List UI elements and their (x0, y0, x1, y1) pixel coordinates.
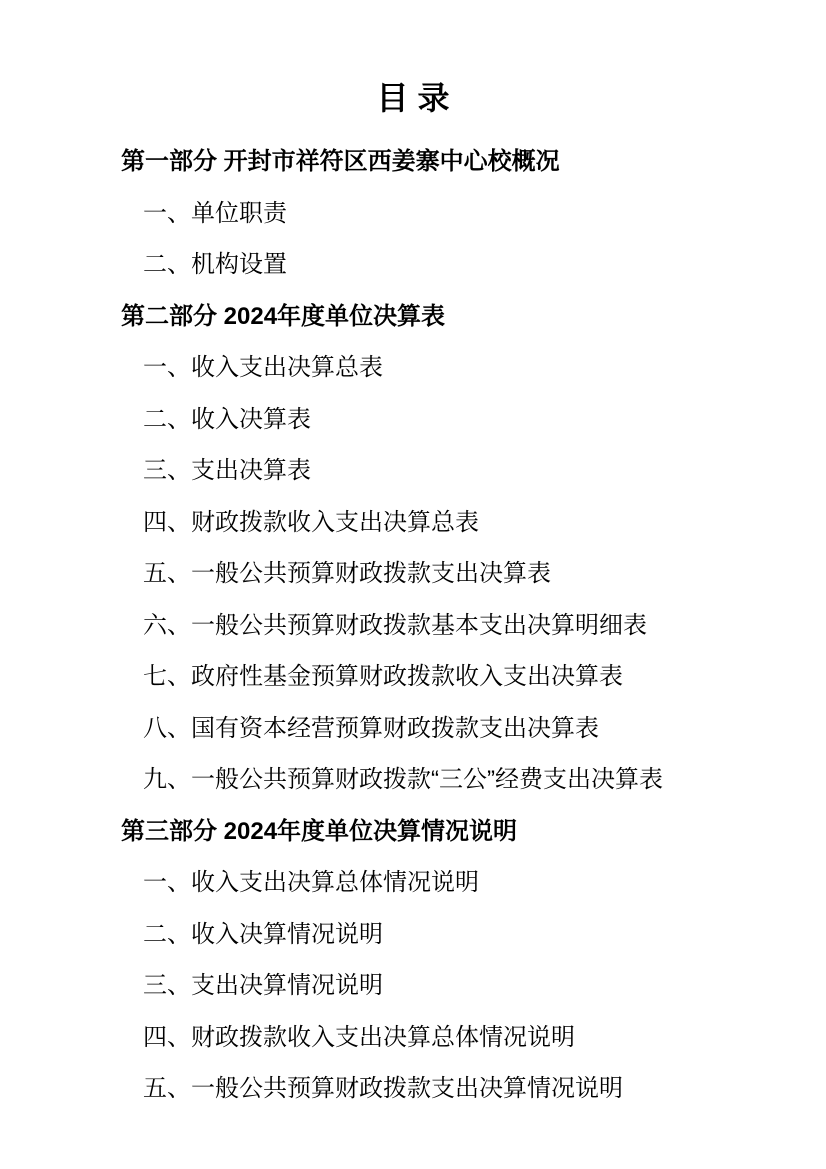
toc-item: 八、国有资本经营预算财政拨款支出决算表 (0, 717, 826, 741)
toc-item: 二、机构设置 (0, 253, 826, 277)
toc-item: 四、财政拨款收入支出决算总表 (0, 511, 826, 535)
section-part-2: 第二部分 2024年度单位决算表 一、收入支出决算总表 二、收入决算表 三、支出… (0, 305, 826, 793)
section-heading: 第一部分 开封市祥符区西姜寨中心校概况 (0, 150, 826, 174)
toc-item: 二、收入决算表 (0, 408, 826, 432)
section-part-3: 第三部分 2024年度单位决算情况说明 一、收入支出决算总体情况说明 二、收入决… (0, 820, 826, 1102)
section-heading: 第二部分 2024年度单位决算表 (0, 305, 826, 329)
toc-item: 四、财政拨款收入支出决算总体情况说明 (0, 1026, 826, 1050)
toc-item: 五、一般公共预算财政拨款支出决算情况说明 (0, 1077, 826, 1101)
toc-item: 七、政府性基金预算财政拨款收入支出决算表 (0, 665, 826, 689)
toc-item: 九、一般公共预算财政拨款“三公”经费支出决算表 (0, 768, 826, 792)
toc-item: 三、支出决算表 (0, 459, 826, 483)
toc-item: 五、一般公共预算财政拨款支出决算表 (0, 562, 826, 586)
toc-item: 一、收入支出决算总表 (0, 356, 826, 380)
toc-item: 二、收入决算情况说明 (0, 923, 826, 947)
toc-item: 一、单位职责 (0, 202, 826, 226)
toc-item: 三、支出决算情况说明 (0, 974, 826, 998)
toc-item: 六、一般公共预算财政拨款基本支出决算明细表 (0, 614, 826, 638)
document-page: 目 录 第一部分 开封市祥符区西姜寨中心校概况 一、单位职责 二、机构设置 第二… (0, 0, 826, 1169)
toc-item: 一、收入支出决算总体情况说明 (0, 871, 826, 895)
section-part-1: 第一部分 开封市祥符区西姜寨中心校概况 一、单位职责 二、机构设置 (0, 150, 826, 277)
section-heading: 第三部分 2024年度单位决算情况说明 (0, 820, 826, 844)
page-title: 目 录 (0, 82, 826, 114)
